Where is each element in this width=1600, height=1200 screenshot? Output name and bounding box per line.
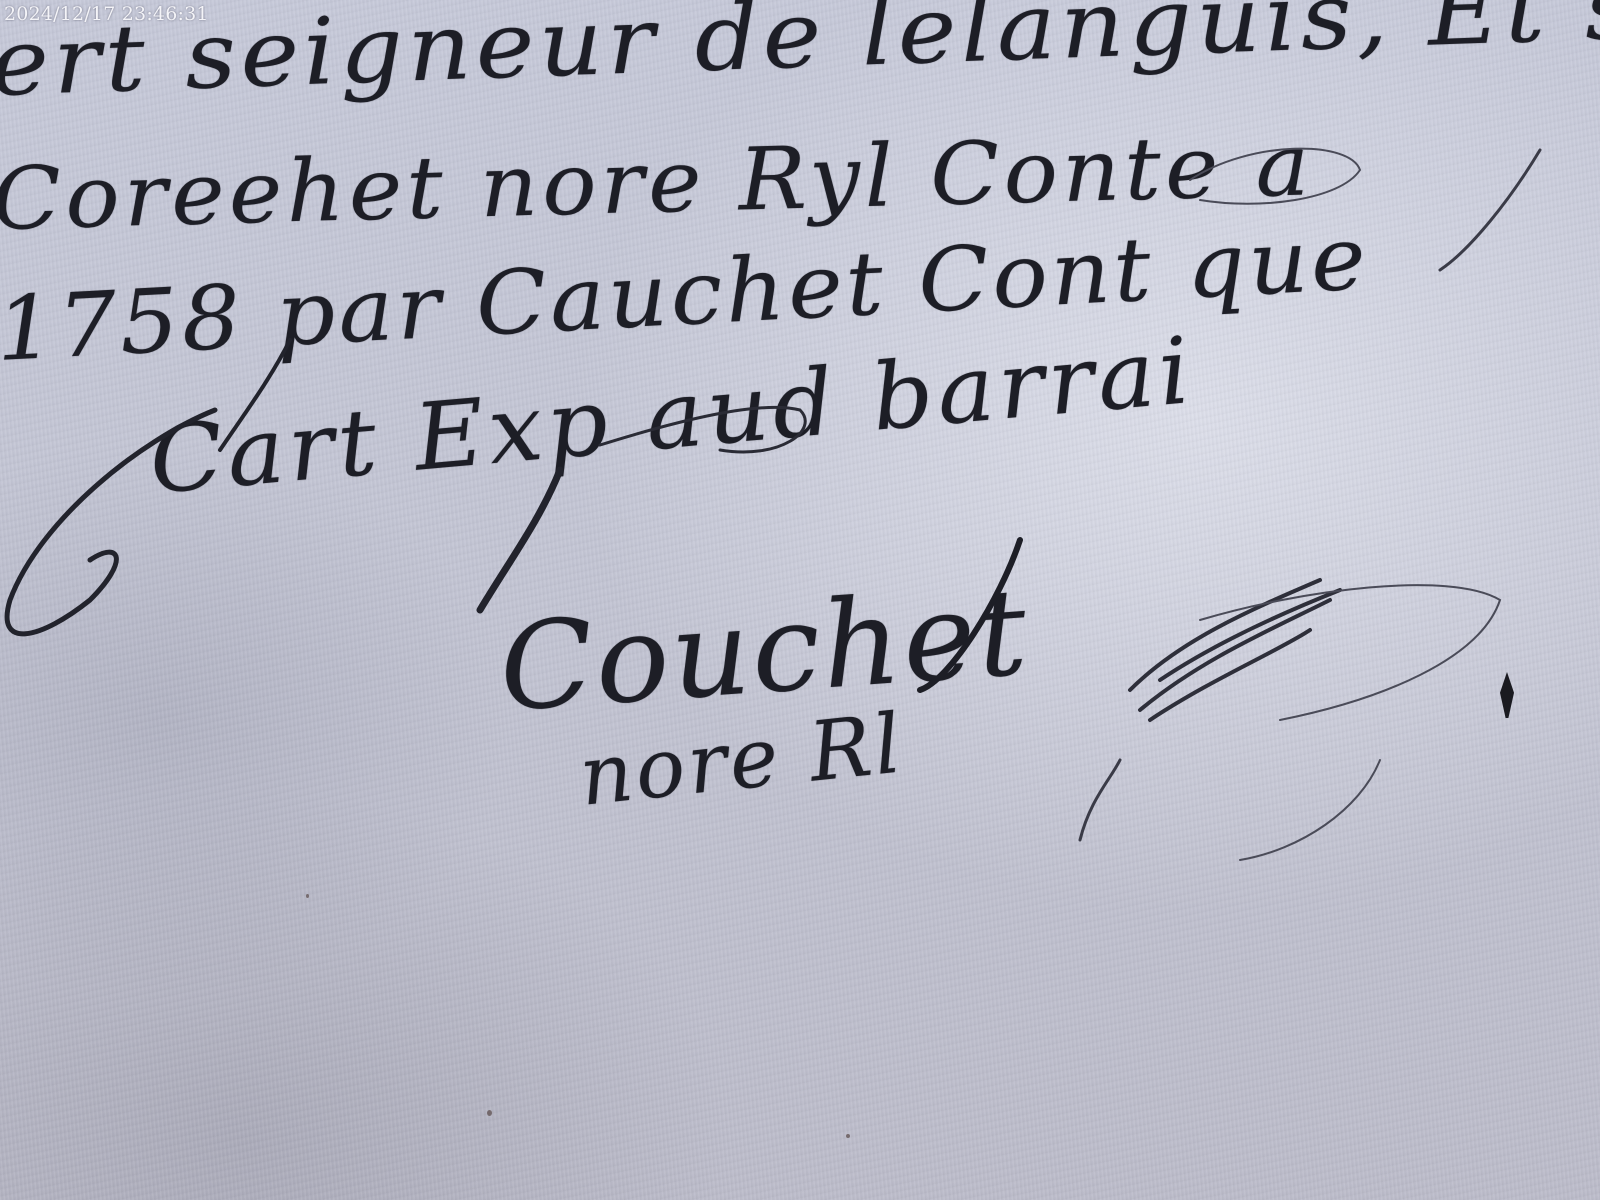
paper-speck [487,1110,492,1116]
signature-flourish [0,0,1600,1200]
paper-speck [846,1134,850,1138]
document-photo: 2024/12/17 23:46:31 ert seigneur de lela… [0,0,1600,1200]
paper-speck [306,894,309,898]
camera-timestamp: 2024/12/17 23:46:31 [4,3,209,25]
